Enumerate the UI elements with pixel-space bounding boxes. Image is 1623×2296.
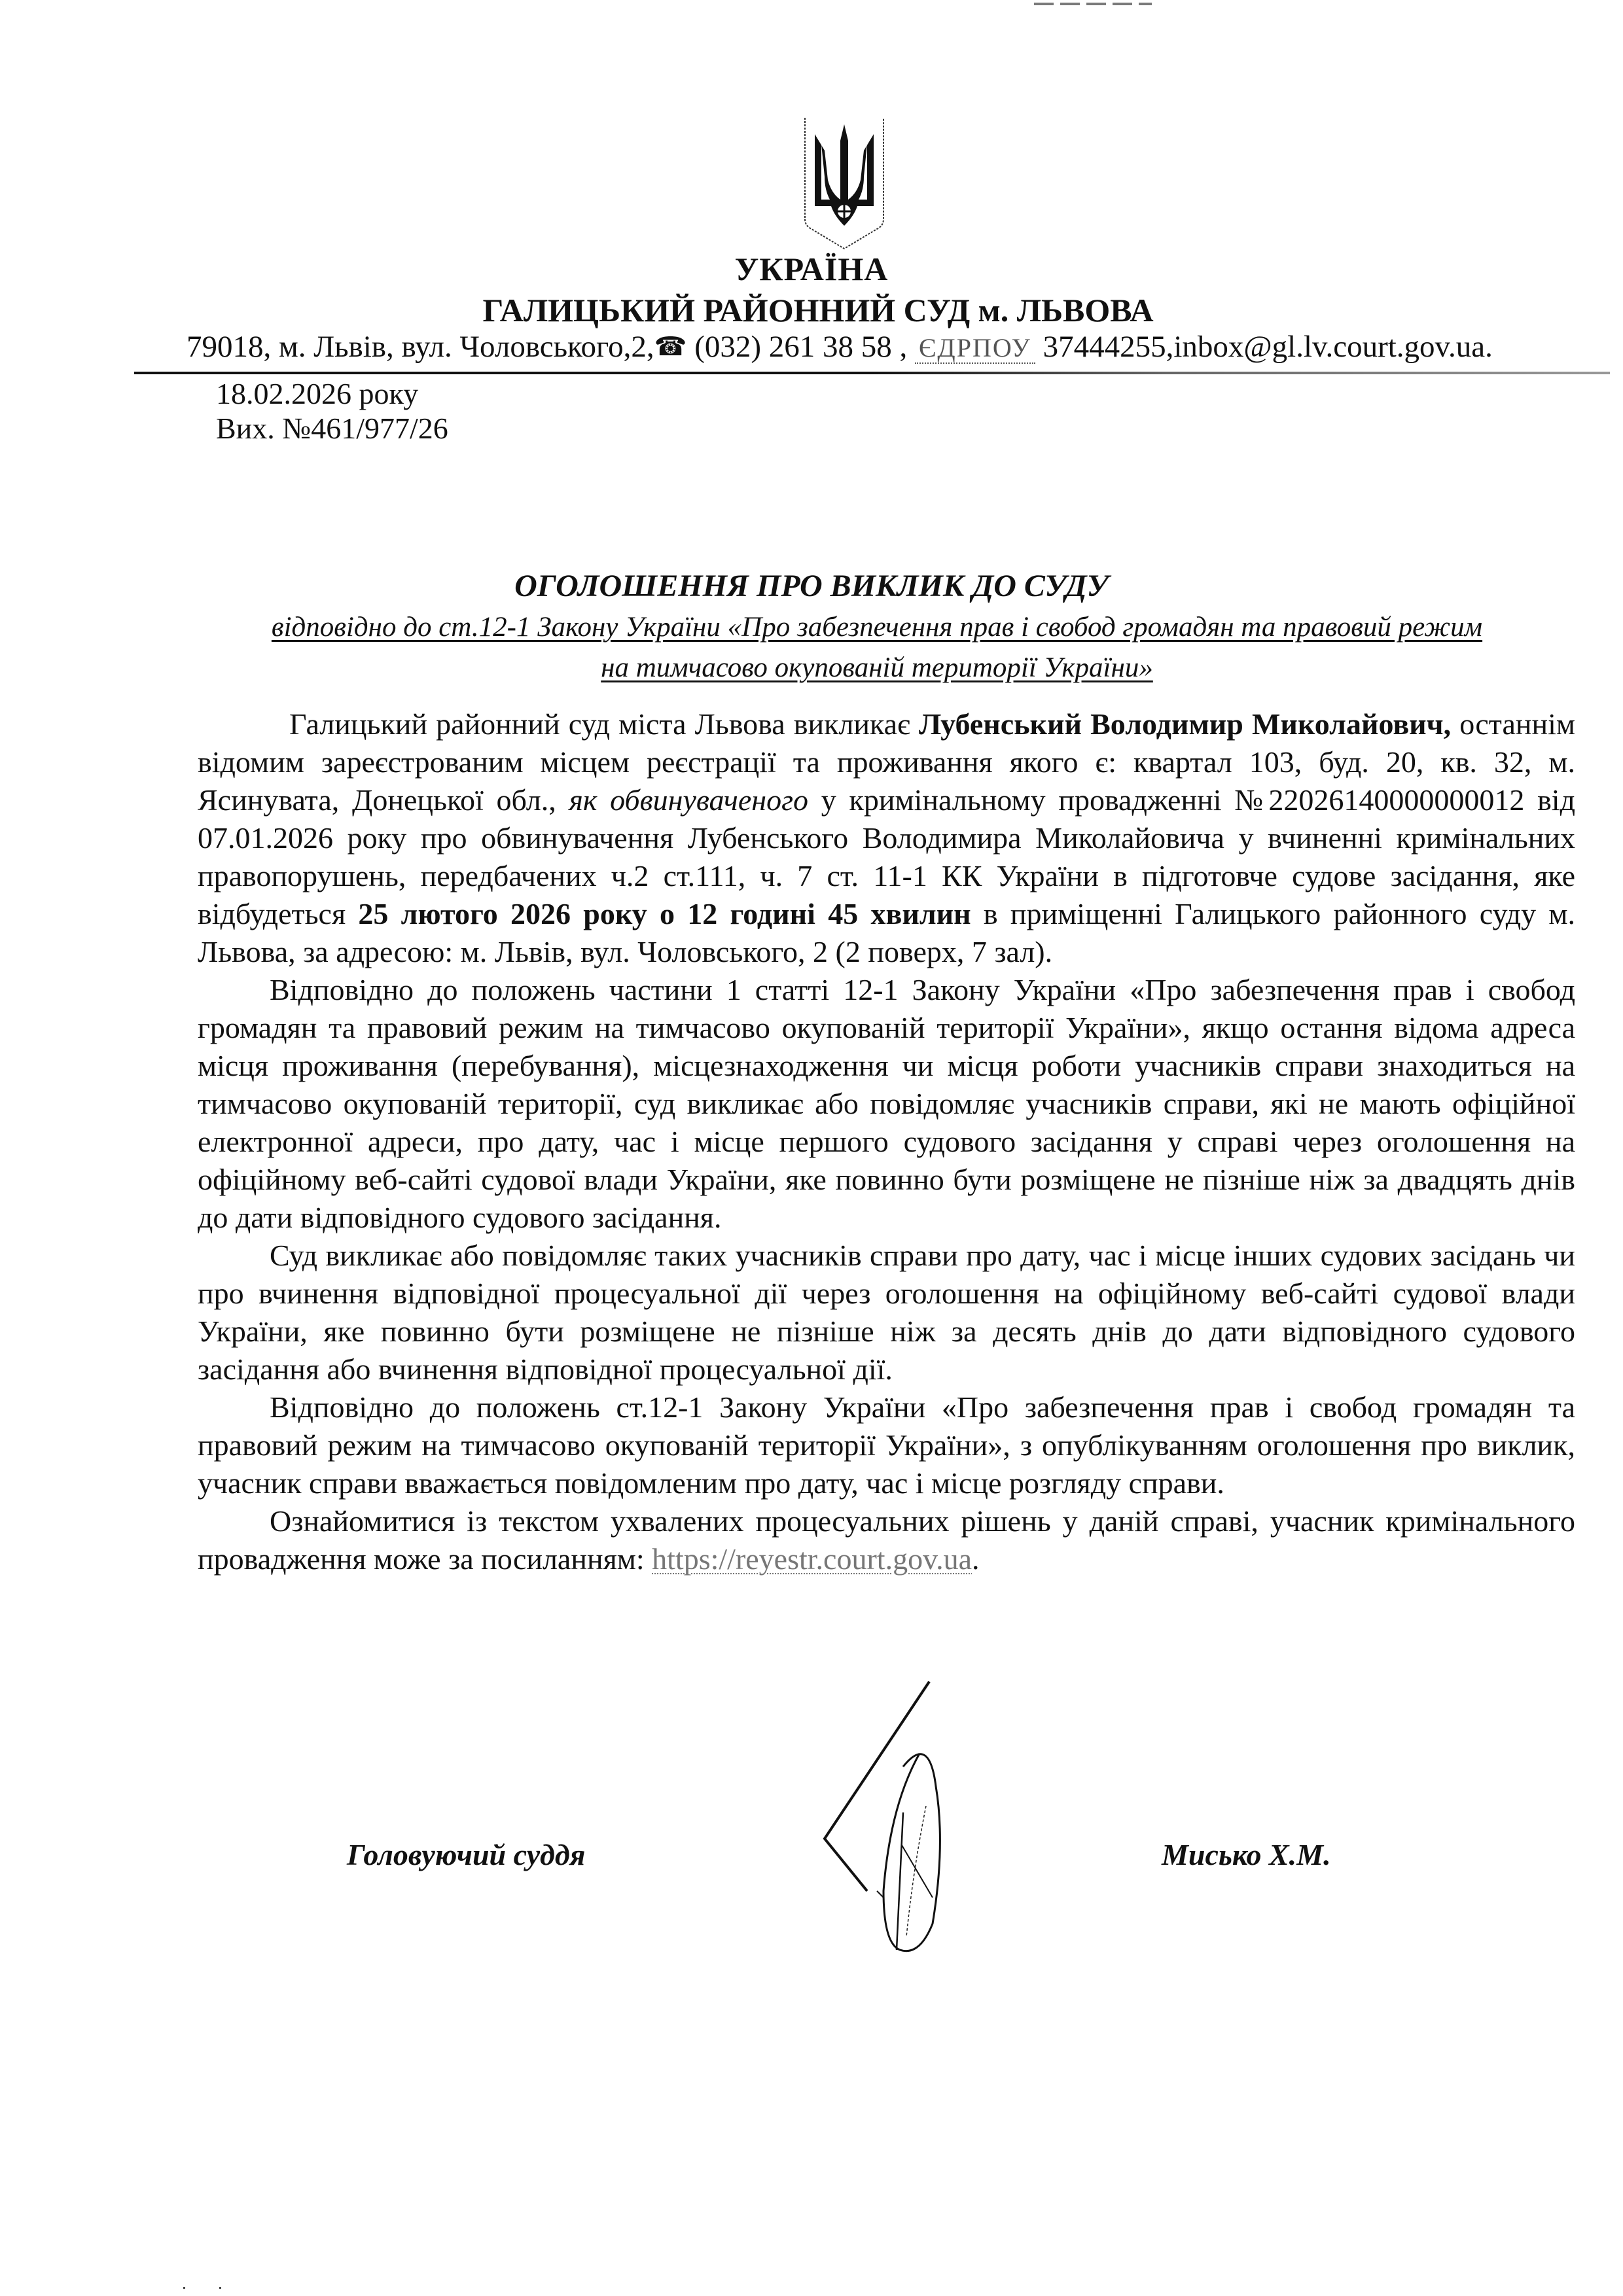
notice-body: Галицький районний суд міста Львова викл… — [198, 705, 1575, 1578]
document-date: 18.02.2026 року — [216, 376, 418, 411]
accused-role: як обвинуваченого — [569, 783, 808, 817]
trident-coat-of-arms-icon — [792, 115, 897, 252]
country-heading: УКРАЇНА — [0, 250, 1623, 288]
phone-icon: ☎ — [654, 331, 687, 362]
paragraph-registry-link: Ознайомитися із текстом ухвалених процес… — [198, 1502, 1575, 1578]
scan-artifact — [1034, 3, 1152, 5]
court-phone: (032) 261 38 58 , — [687, 330, 907, 364]
summons-text: Галицький районний суд міста Львова викл… — [289, 707, 919, 741]
accused-name: Лубенський Володимир Миколайович, — [919, 707, 1451, 741]
court-name-heading: ГАЛИЦЬКИЙ РАЙОННИЙ СУД м. ЛЬВОВА — [7, 291, 1623, 329]
scan-artifact — [183, 2287, 223, 2289]
paragraph-law-other-hearings: Суд викликає або повідомляє таких учасни… — [198, 1237, 1575, 1388]
presiding-judge-label: Головуючий суддя — [347, 1837, 585, 1872]
edrpou-label: ЄДРПОУ — [915, 333, 1035, 364]
paragraph-notification-effect: Відповідно до положень ст.12-1 Закону Ук… — [198, 1388, 1575, 1502]
notice-title: ОГОЛОШЕННЯ ПРО ВИКЛИК ДО СУДУ — [0, 568, 1623, 604]
court-contact-line: 79018, м. Львів, вул. Чоловського,2,☎ (0… — [187, 329, 1607, 364]
court-registry-link[interactable]: https://reyestr.court.gov.ua — [652, 1542, 972, 1576]
handwritten-signature — [753, 1675, 1080, 1963]
edrpou-and-email: 37444255,inbox@gl.lv.court.gov.ua. — [1035, 330, 1493, 364]
notice-subtitle: відповідно до ст.12-1 Закону України «Пр… — [219, 607, 1535, 688]
paragraph-law-first-hearing: Відповідно до положень частини 1 статті … — [198, 971, 1575, 1237]
registry-end: . — [972, 1542, 980, 1576]
notice-subtitle-line1: відповідно до ст.12-1 Закону України «Пр… — [272, 612, 1482, 643]
judge-name: Мисько Х.М. — [1162, 1837, 1331, 1872]
paragraph-summons: Галицький районний суд міста Львова викл… — [198, 705, 1575, 971]
notice-subtitle-line2: на тимчасово окупованій території Україн… — [601, 652, 1153, 683]
hearing-datetime: 25 лютого 2026 року о 12 годині 45 хвили… — [358, 897, 971, 930]
court-address: 79018, м. Львів, вул. Чоловського,2, — [187, 330, 654, 364]
court-notice-page: УКРАЇНА ГАЛИЦЬКИЙ РАЙОННИЙ СУД м. ЛЬВОВА… — [0, 0, 1623, 2296]
letterhead-divider — [134, 372, 1610, 374]
outgoing-number: Вих. №461/977/26 — [216, 411, 448, 446]
